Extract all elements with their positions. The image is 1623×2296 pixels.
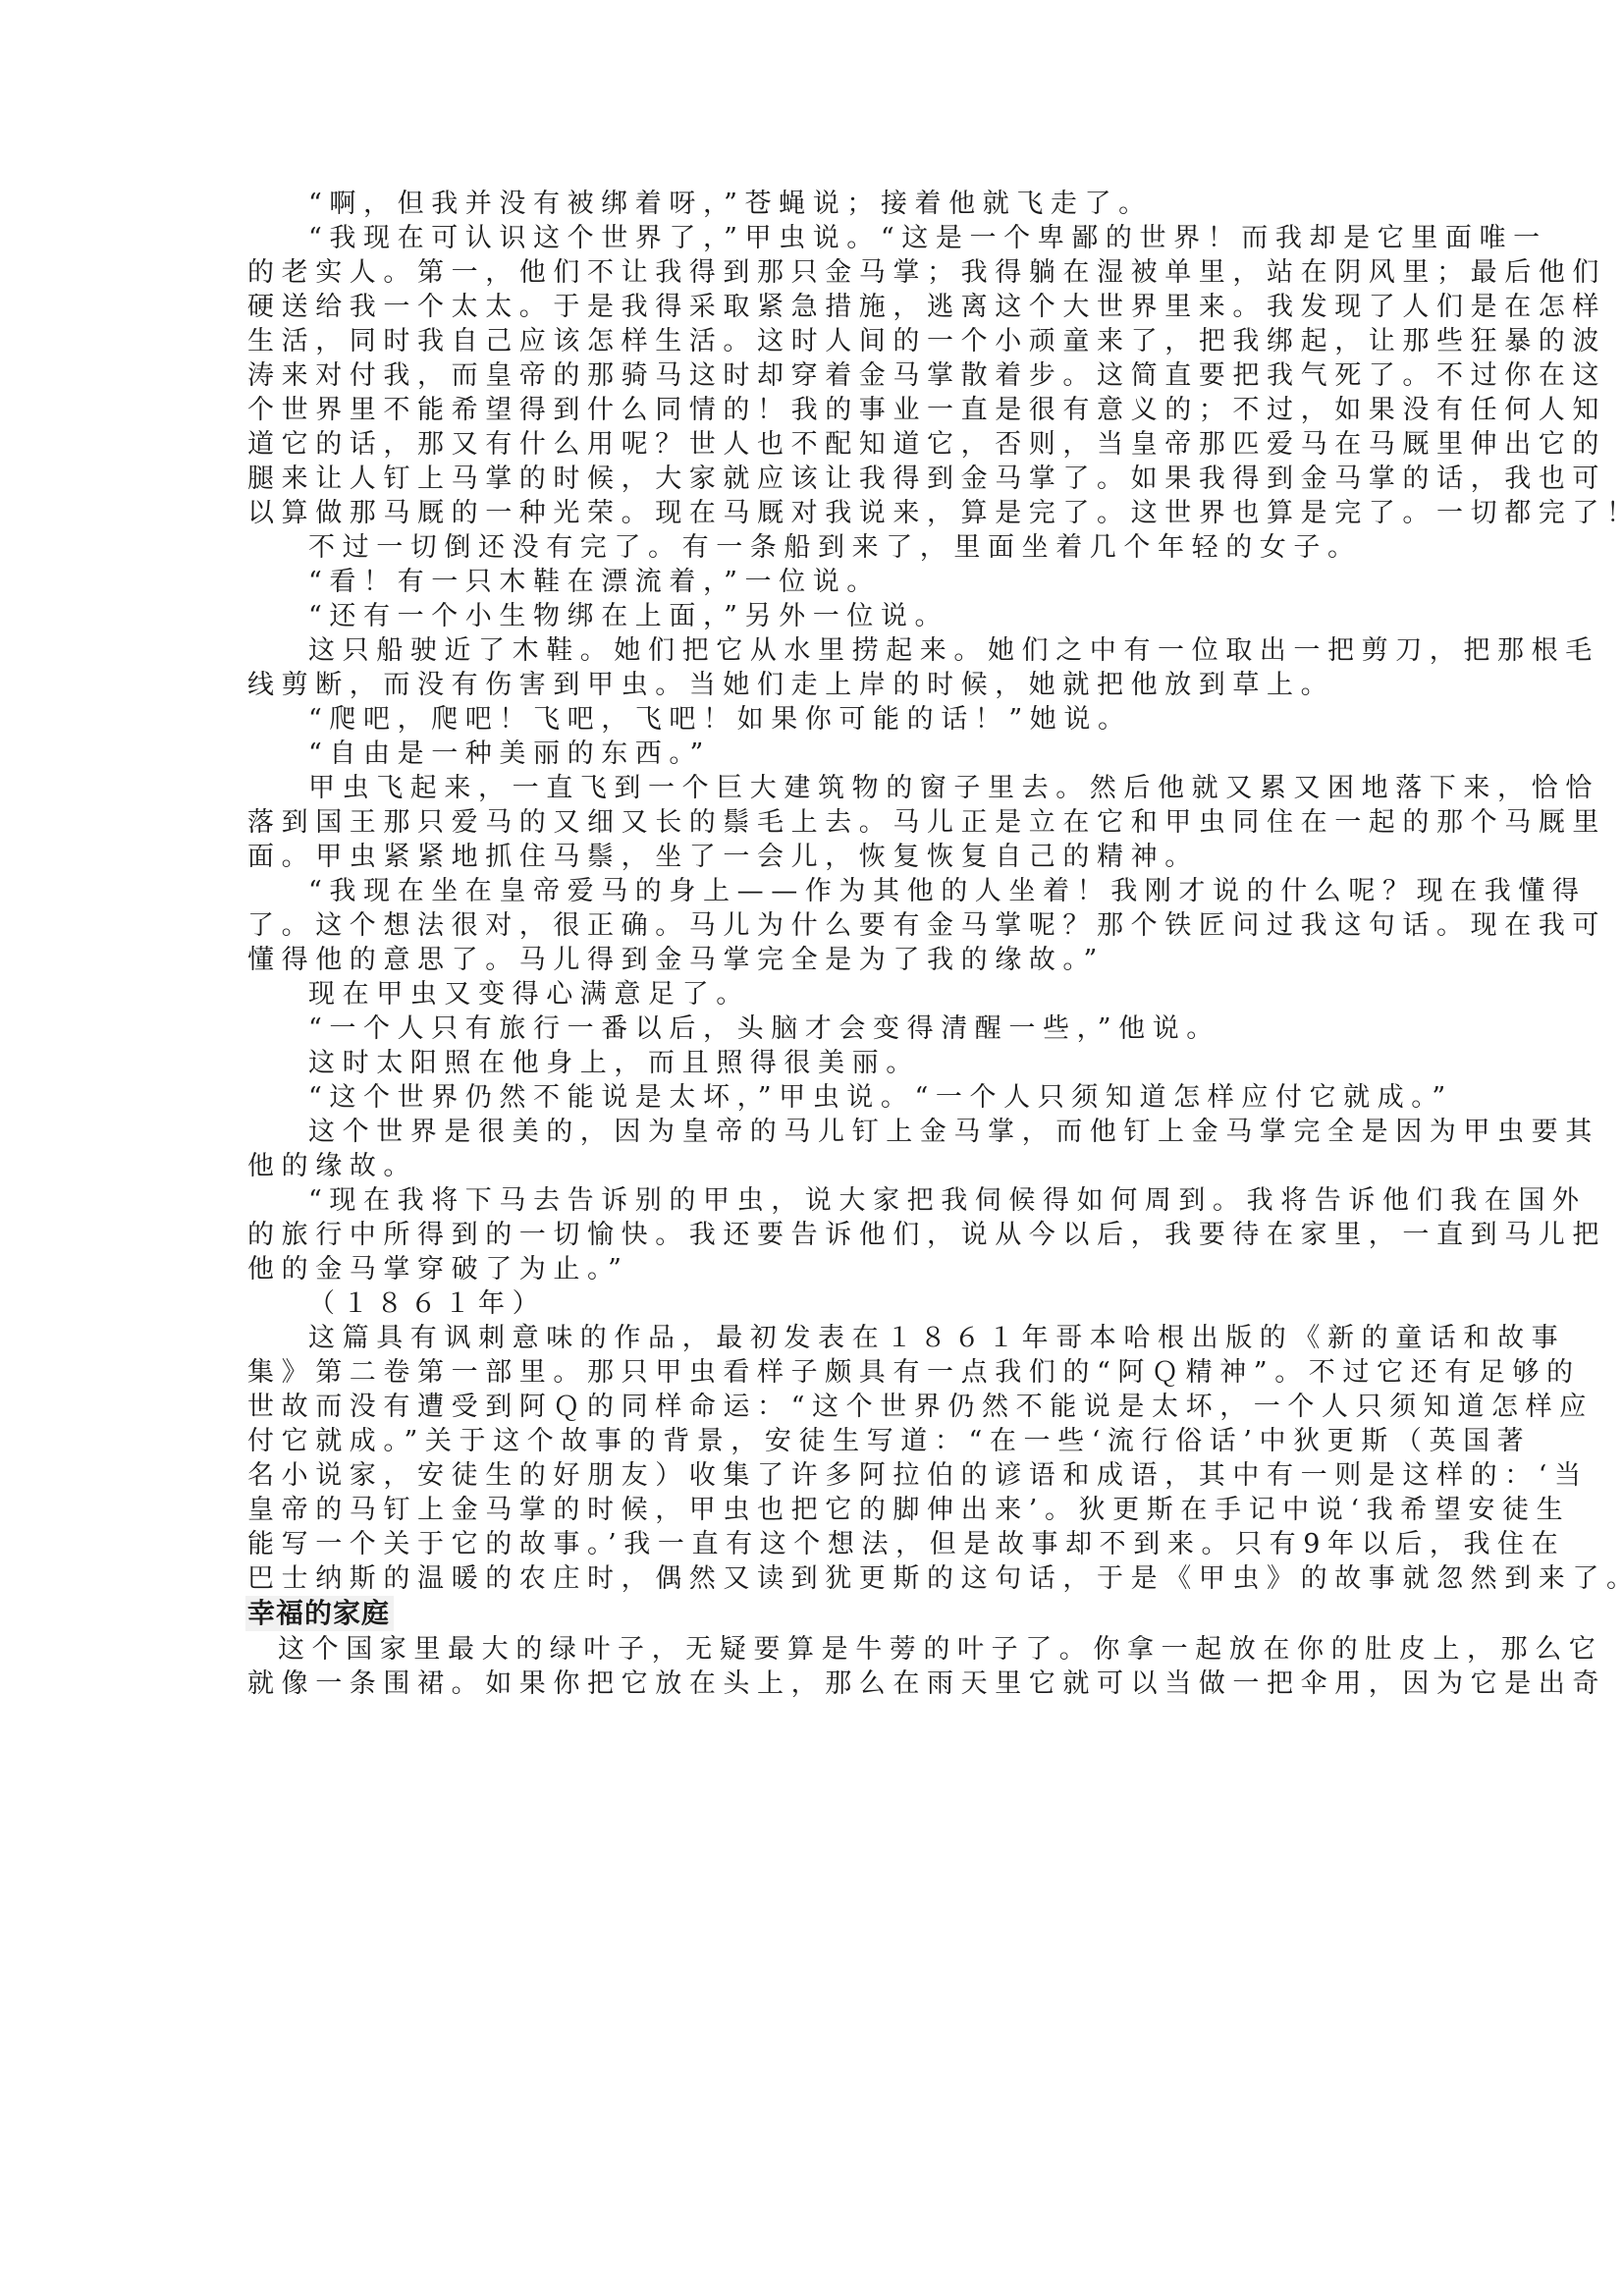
document-page: “啊，但我并没有被绑着呀，”苍蝇说；接着他就飞走了。“我现在可认识这个世界了，”… xyxy=(247,187,1386,1701)
text-line: “啊，但我并没有被绑着呀，”苍蝇说；接着他就飞走了。 xyxy=(247,187,1386,221)
text-line: 这篇具有讽刺意味的作品，最初发表在１８６１年哥本哈根出版的《新的童话和故事 xyxy=(247,1321,1386,1355)
text-line: 世故而没有遭受到阿Ｑ的同样命运：“这个世界仍然不能说是太坏，一个人只须知道怎样应 xyxy=(247,1390,1386,1424)
text-line: “这个世界仍然不能说是太坏，”甲虫说。“一个人只须知道怎样应付它就成。” xyxy=(247,1080,1386,1115)
text-line: 生活，同时我自己应该怎样生活。这时人间的一个小顽童来了，把我绑起，让那些狂暴的波 xyxy=(247,324,1386,358)
section-heading: 幸福的家庭 xyxy=(245,1596,394,1631)
text-line: 懂得他的意思了。马儿得到金马掌完全是为了我的缘故。” xyxy=(247,943,1386,977)
text-line: 集》第二卷第一部里。那只甲虫看样子颇具有一点我们的“阿Ｑ精神”。不过它还有足够的 xyxy=(247,1355,1386,1390)
text-line: 硬送给我一个太太。于是我得采取紧急措施，逃离这个大世界里来。我发现了人们是在怎样 xyxy=(247,290,1386,324)
text-line: 这时太阳照在他身上，而且照得很美丽。 xyxy=(247,1046,1386,1080)
text-line: “看！有一只木鞋在漂流着，”一位说。 xyxy=(247,565,1386,599)
text-line: 能写一个关于它的故事。’我一直有这个想法，但是故事却不到来。只有9年以后，我住在 xyxy=(247,1527,1386,1561)
text-line: 道它的话，那又有什么用呢？世人也不配知道它，否则，当皇帝那匹爱马在马厩里伸出它的 xyxy=(247,427,1386,462)
text-line: 面。甲虫紧紧地抓住马鬃，坐了一会儿，恢复恢复自己的精神。 xyxy=(247,840,1386,874)
text-line: “自由是一种美丽的东西。” xyxy=(247,737,1386,771)
text-line: 的老实人。第一，他们不让我得到那只金马掌；我得躺在湿被单里，站在阴风里；最后他们 xyxy=(247,255,1386,290)
text-line: “现在我将下马去告诉别的甲虫，说大家把我伺候得如何周到。我将告诉他们我在国外 xyxy=(247,1183,1386,1218)
text-line: 这只船驶近了木鞋。她们把它从水里捞起来。她们之中有一位取出一把剪刀，把那根毛 xyxy=(247,633,1386,668)
text-line: “我现在可认识这个世界了，”甲虫说。“这是一个卑鄙的世界！而我却是它里面唯一 xyxy=(247,221,1386,255)
text-line: 他的金马掌穿破了为止。” xyxy=(247,1252,1386,1286)
text-line: 甲虫飞起来，一直飞到一个巨大建筑物的窗子里去。然后他就又累又困地落下来，恰恰 xyxy=(247,771,1386,805)
text-line: “一个人只有旅行一番以后，头脑才会变得清醒一些，”他说。 xyxy=(247,1011,1386,1046)
text-line: 巴士纳斯的温暖的农庄时，偶然又读到犹更斯的这句话，于是《甲虫》的故事就忽然到来了… xyxy=(247,1561,1386,1596)
text-line: 这个国家里最大的绿叶子，无疑要算是牛蒡的叶子了。你拿一起放在你的肚皮上，那么它 xyxy=(247,1632,1386,1667)
story-beetle-body: “啊，但我并没有被绑着呀，”苍蝇说；接着他就飞走了。“我现在可认识这个世界了，”… xyxy=(247,187,1386,1596)
text-line: 以算做那马厩的一种光荣。现在马厩对我说来，算是完了。这世界也算是完了。一切都完了… xyxy=(247,496,1386,530)
text-line: 不过一切倒还没有完了。有一条船到来了，里面坐着几个年轻的女子。 xyxy=(247,530,1386,565)
text-line: 的旅行中所得到的一切愉快。我还要告诉他们，说从今以后，我要待在家里，一直到马儿把 xyxy=(247,1218,1386,1252)
text-line: 这个世界是很美的，因为皇帝的马儿钉上金马掌，而他钉上金马掌完全是因为甲虫要其 xyxy=(247,1115,1386,1149)
text-line: 现在甲虫又变得心满意足了。 xyxy=(247,977,1386,1011)
text-line: 了。这个想法很对，很正确。马儿为什么要有金马掌呢？那个铁匠问过我这句话。现在我可 xyxy=(247,908,1386,943)
text-line: 个世界里不能希望得到什么同情的！我的事业一直是很有意义的；不过，如果没有任何人知 xyxy=(247,393,1386,427)
text-line: 他的缘故。 xyxy=(247,1149,1386,1183)
text-line: 皇帝的马钉上金马掌的时候，甲虫也把它的脚伸出来’。狄更斯在手记中说‘我希望安徒生 xyxy=(247,1493,1386,1527)
section-heading-row: 幸福的家庭 xyxy=(247,1596,1386,1632)
story-happy-family-body: 这个国家里最大的绿叶子，无疑要算是牛蒡的叶子了。你拿一起放在你的肚皮上，那么它就… xyxy=(247,1632,1386,1701)
text-line: 线剪断，而没有伤害到甲虫。当她们走上岸的时候，她就把他放到草上。 xyxy=(247,668,1386,702)
text-line: 名小说家，安徒生的好朋友）收集了许多阿拉伯的谚语和成语，其中有一则是这样的：‘当 xyxy=(247,1458,1386,1493)
text-line: 涛来对付我，而皇帝的那骑马这时却穿着金马掌散着步。这简直要把我气死了。不过你在这 xyxy=(247,358,1386,393)
text-line: “我现在坐在皇帝爱马的身上——作为其他的人坐着！我刚才说的什么呢？现在我懂得 xyxy=(247,874,1386,908)
text-line: “爬吧，爬吧！飞吧，飞吧！如果你可能的话！”她说。 xyxy=(247,702,1386,737)
text-line: 就像一条围裙。如果你把它放在头上，那么在雨天里它就可以当做一把伞用，因为它是出奇 xyxy=(247,1667,1386,1701)
text-line: “还有一个小生物绑在上面，”另外一位说。 xyxy=(247,599,1386,633)
text-line: （１８６１年） xyxy=(247,1286,1386,1321)
text-line: 腿来让人钉上马掌的时候，大家就应该让我得到金马掌了。如果我得到金马掌的话，我也可 xyxy=(247,462,1386,496)
text-line: 付它就成。”关于这个故事的背景，安徒生写道：“在一些‘流行俗话’中狄更斯（英国著 xyxy=(247,1424,1386,1458)
text-line: 落到国王那只爱马的又细又长的鬃毛上去。马儿正是立在它和甲虫同住在一起的那个马厩里 xyxy=(247,805,1386,840)
